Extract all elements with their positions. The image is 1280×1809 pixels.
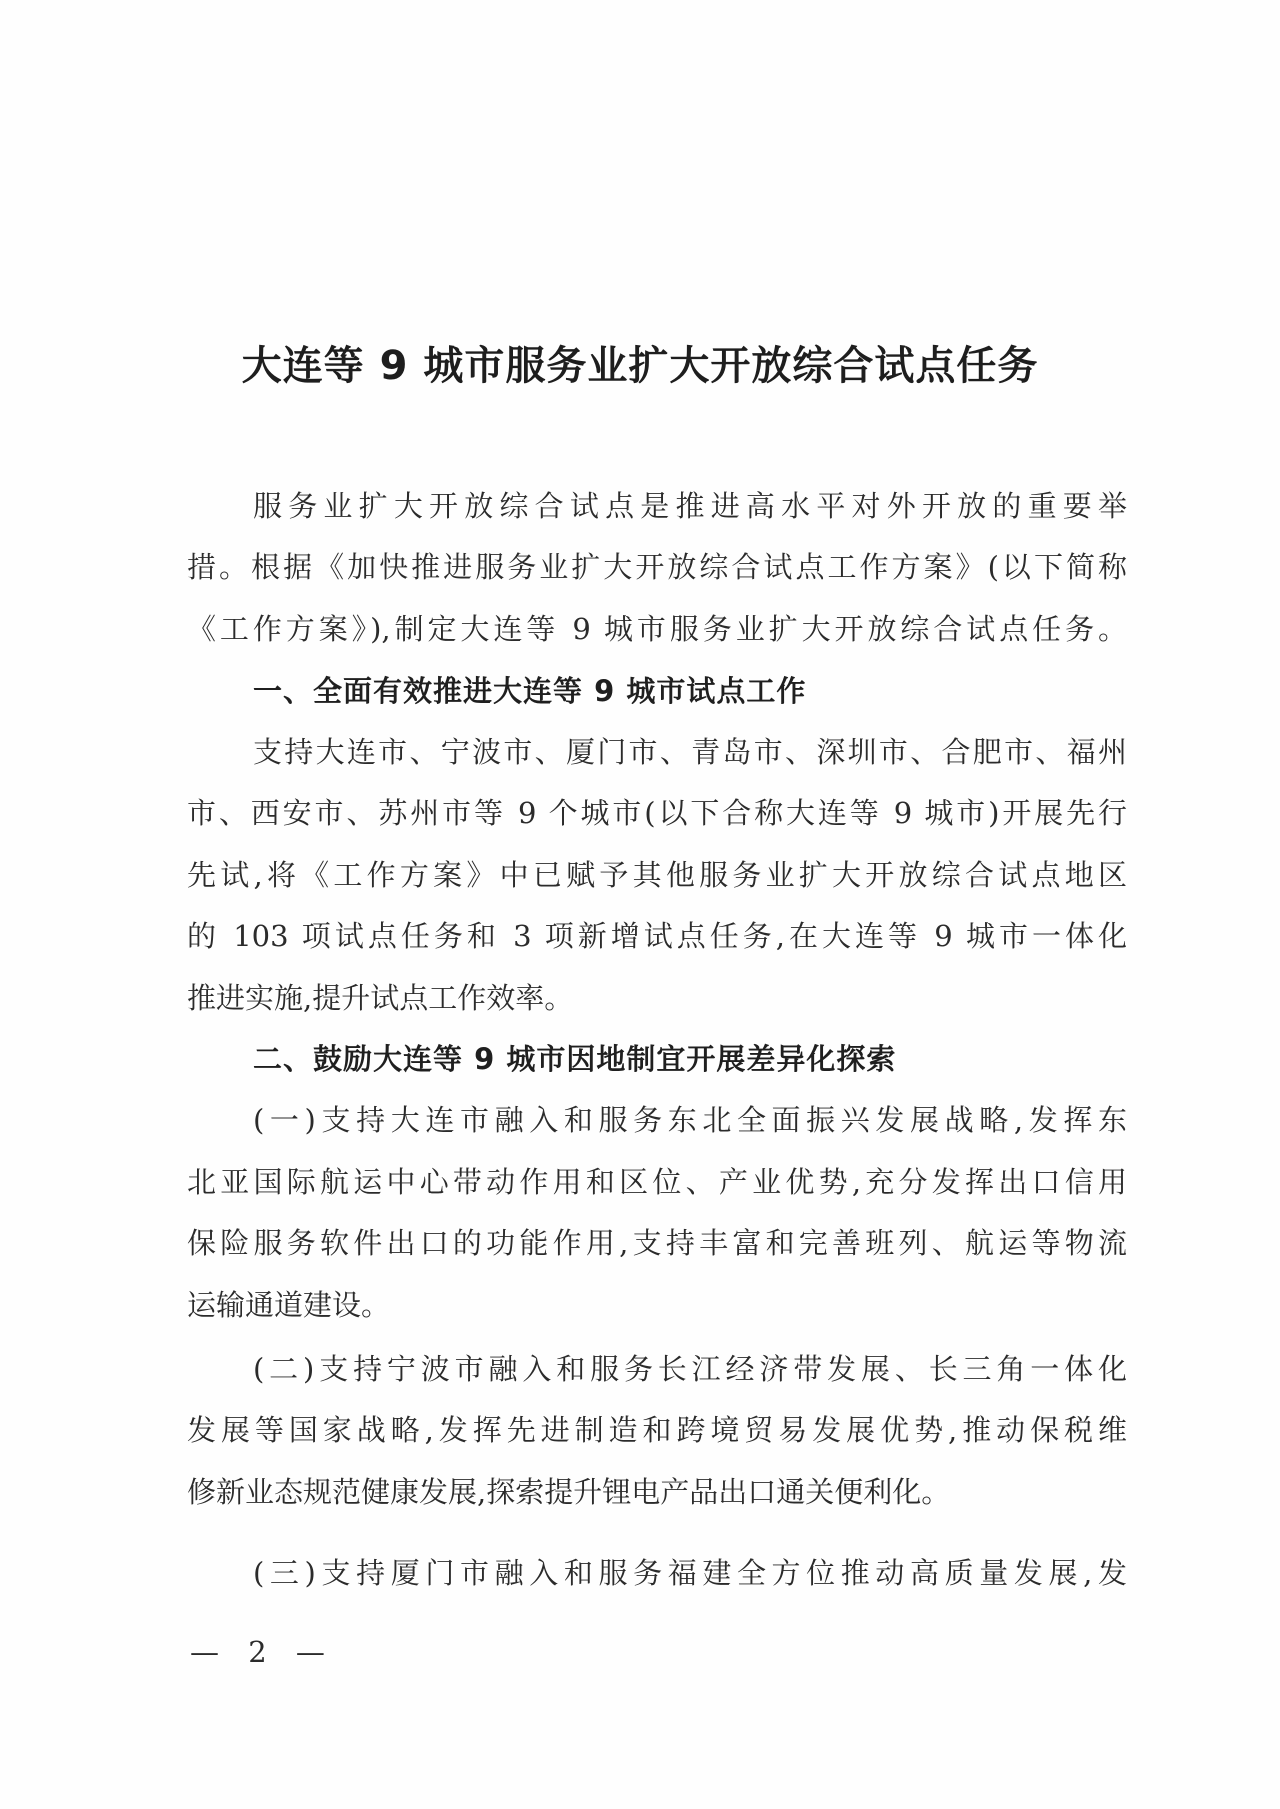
section-2-heading: 二、鼓励大连等 9 城市因地制宜开展差异化探索 [253, 1039, 896, 1079]
section-1-line-5: 推进实施,提升试点工作效率。 [187, 978, 1127, 1018]
intro-line-1: 服务业扩大开放综合试点是推进高水平对外开放的重要举 [253, 486, 1127, 526]
section-2-item-1-line-3: 保险服务软件出口的功能作用,支持丰富和完善班列、航运等物流 [187, 1223, 1127, 1263]
section-2-item-3-line-1: (三)支持厦门市融入和服务福建全方位推动高质量发展,发 [253, 1553, 1127, 1593]
section-1-line-1: 支持大连市、宁波市、厦门市、青岛市、深圳市、合肥市、福州 [253, 732, 1127, 772]
document-page: 大连等 9 城市服务业扩大开放综合试点任务 服务业扩大开放综合试点是推进高水平对… [0, 0, 1280, 1809]
section-2-item-2-line-2: 发展等国家战略,发挥先进制造和跨境贸易发展优势,推动保税维 [187, 1410, 1127, 1450]
intro-line-3: 《工作方案》),制定大连等 9 城市服务业扩大开放综合试点任务。 [187, 609, 1127, 649]
section-1-line-4: 的 103 项试点任务和 3 项新增试点任务,在大连等 9 城市一体化 [187, 916, 1127, 956]
section-1-line-3: 先试,将《工作方案》中已赋予其他服务业扩大开放综合试点地区 [187, 855, 1127, 895]
page-number: — 2 — [190, 1632, 335, 1672]
intro-line-2: 措。根据《加快推进服务业扩大开放综合试点工作方案》(以下简称 [187, 547, 1127, 587]
section-2-item-1-line-1: (一)支持大连市融入和服务东北全面振兴发展战略,发挥东 [253, 1100, 1127, 1140]
document-title: 大连等 9 城市服务业扩大开放综合试点任务 [0, 336, 1280, 396]
section-2-item-1-line-2: 北亚国际航运中心带动作用和区位、产业优势,充分发挥出口信用 [187, 1162, 1127, 1202]
section-1-heading: 一、全面有效推进大连等 9 城市试点工作 [253, 671, 806, 711]
section-2-item-2-line-1: (二)支持宁波市融入和服务长江经济带发展、长三角一体化 [253, 1349, 1127, 1389]
section-2-item-2-line-3: 修新业态规范健康发展,探索提升锂电产品出口通关便利化。 [187, 1472, 1127, 1512]
section-2-item-1-line-4: 运输通道建设。 [187, 1285, 1127, 1325]
section-1-line-2: 市、西安市、苏州市等 9 个城市(以下合称大连等 9 城市)开展先行 [187, 793, 1127, 833]
